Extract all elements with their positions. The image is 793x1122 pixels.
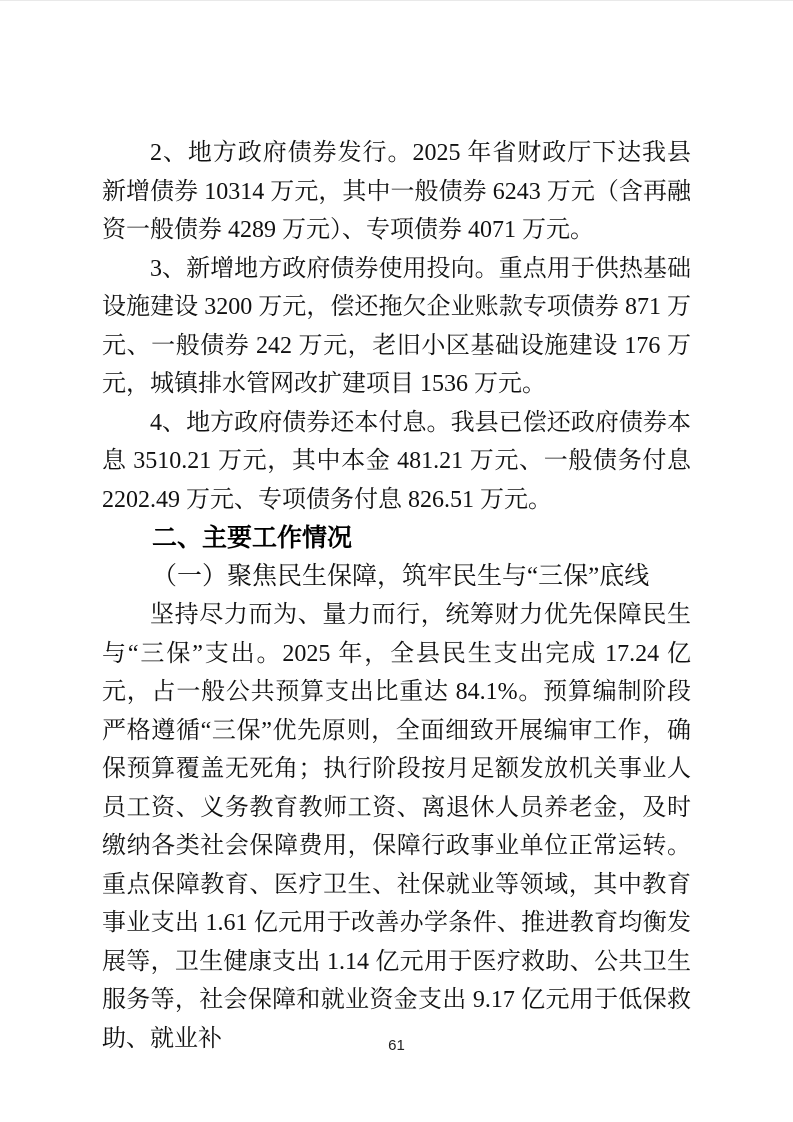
document-body: 2、地方政府债券发行。2025 年省财政厅下达我县新增债券 10314 万元，其… [102, 134, 691, 1058]
section-heading-main-work: 二、主要工作情况 [102, 519, 691, 558]
paragraph-livelihood-detail: 坚持尽力而为、量力而行，统筹财力优先保障民生与“三保”支出。2025 年，全县民… [102, 596, 691, 1058]
subsection-heading-livelihood: （一）聚焦民生保障，筑牢民生与“三保”底线 [102, 558, 691, 597]
paragraph-bond-repayment: 4、地方政府债券还本付息。我县已偿还政府债券本息 3510.21 万元，其中本金… [102, 404, 691, 520]
paragraph-bond-issuance: 2、地方政府债券发行。2025 年省财政厅下达我县新增债券 10314 万元，其… [102, 134, 691, 250]
paragraph-bond-usage: 3、新增地方政府债券使用投向。重点用于供热基础设施建设 3200 万元，偿还拖欠… [102, 250, 691, 404]
page-number: 61 [0, 1037, 793, 1054]
document-page: 2、地方政府债券发行。2025 年省财政厅下达我县新增债券 10314 万元，其… [0, 0, 793, 1122]
